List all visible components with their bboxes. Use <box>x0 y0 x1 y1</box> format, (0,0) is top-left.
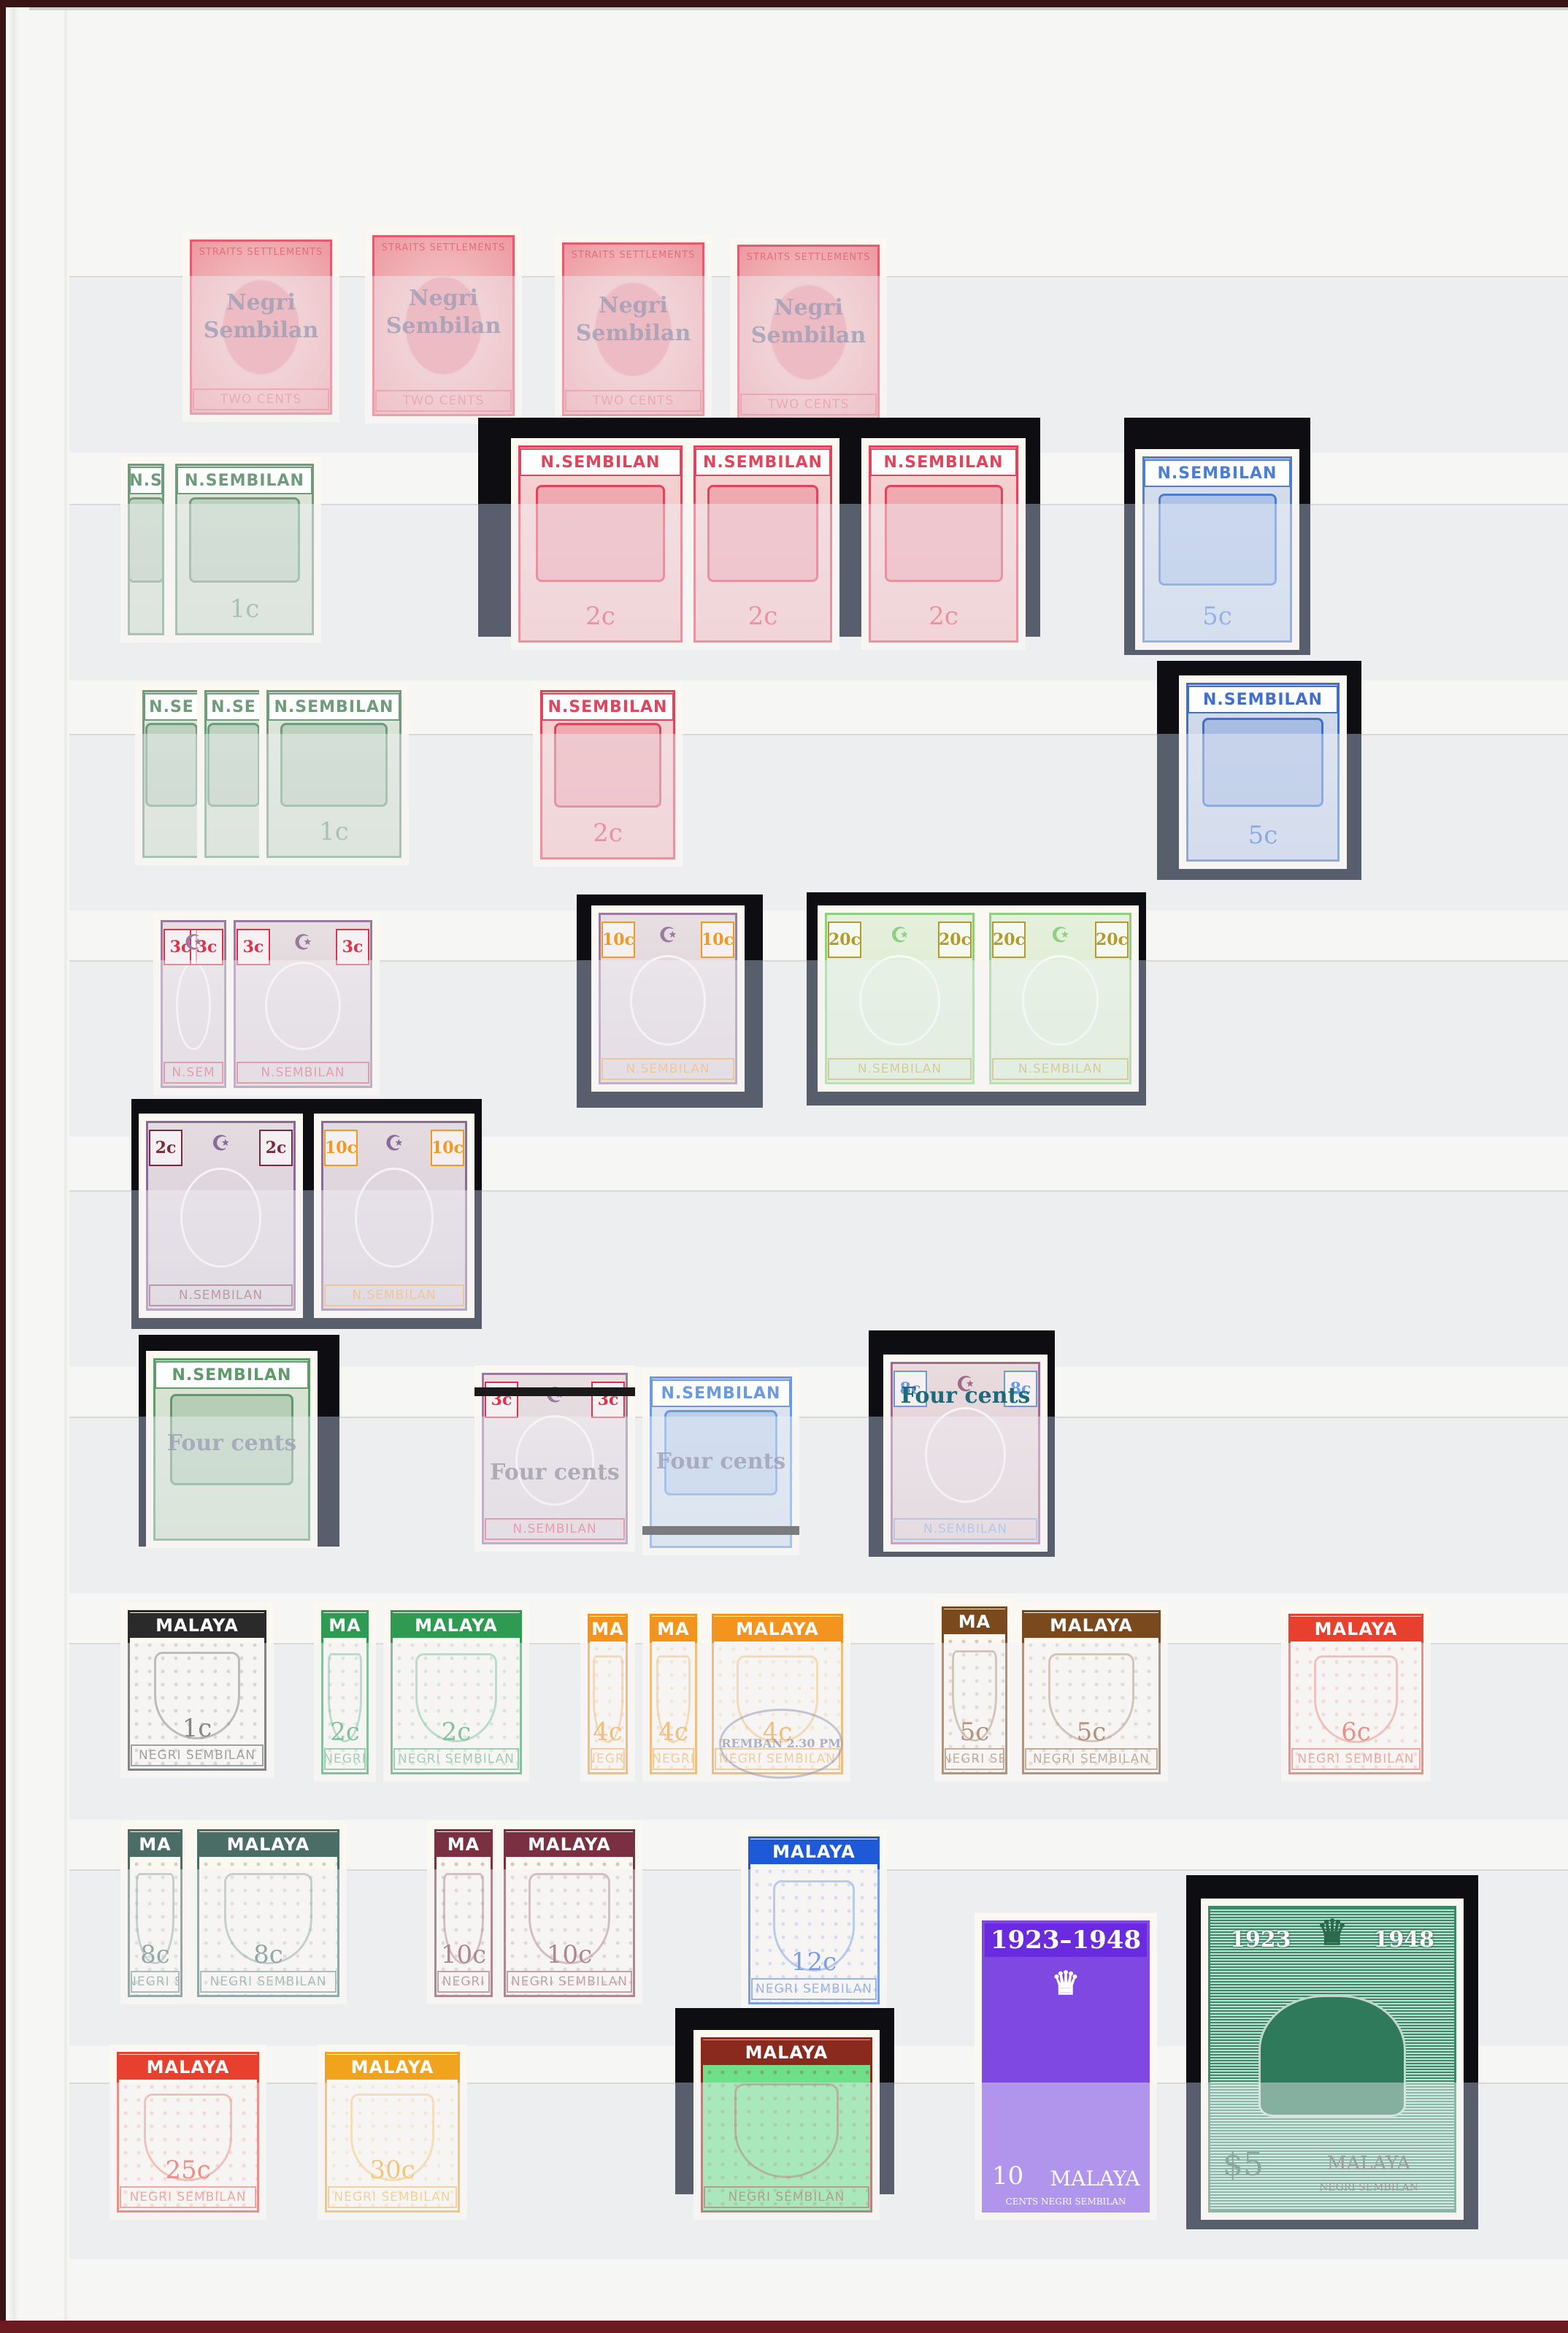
stamp[interactable]: 1923–1948♛10MALAYACENTS NEGRI SEMBILAN <box>975 1913 1157 2220</box>
perforation-edge <box>975 1913 1157 1918</box>
label-panel: MALAYA <box>326 2055 458 2080</box>
label-panel: MA <box>589 1617 626 1641</box>
label-panel: N.SEMBILAN <box>870 448 1017 476</box>
pocket-glassine-overlay <box>642 1417 799 1555</box>
pocket-glassine-overlay <box>109 2083 266 2220</box>
perforation-edge <box>120 456 172 461</box>
pocket-glassine-overlay <box>533 734 683 867</box>
pocket-glassine-overlay <box>314 1643 376 1782</box>
pocket-glassine-overlay <box>314 1190 474 1318</box>
pocket-glassine-overlay <box>168 504 321 643</box>
album-frame-left <box>0 0 6 2333</box>
perforation-edge <box>496 1822 642 1826</box>
label-panel: N.SEMBILAN <box>1188 686 1338 713</box>
pocket-glassine-overlay <box>120 1869 190 2004</box>
label-panel: N.SEMBILAN <box>651 1379 791 1407</box>
perforation-edge <box>533 683 683 687</box>
crescent-star-icon: ☪ <box>226 930 380 955</box>
label-panel: N.SEMBILAN <box>695 448 831 476</box>
label-panel: N.SE <box>206 693 261 721</box>
stamp[interactable]: MALAYA6cNEGRI SEMBILAN <box>1281 1606 1431 1782</box>
stamp[interactable]: MALAYA12cNEGRI SEMBILAN <box>741 1829 887 2012</box>
perforation-edge <box>686 438 839 443</box>
stamp[interactable]: STRAITS SETTLEMENTSNegriSembilanTWO CENT… <box>555 235 712 424</box>
pocket-glassine-overlay <box>1281 1643 1431 1782</box>
pocket-glassine-overlay <box>1135 504 1299 650</box>
crown-icon: ♛ <box>975 1972 1157 1996</box>
perforation-edge <box>642 1369 799 1374</box>
stamp[interactable]: N.SEMBILAN2c <box>511 438 690 650</box>
stamp[interactable]: MA8cNEGRI S <box>120 1822 190 2004</box>
pocket-glassine-overlay <box>686 504 839 650</box>
label-panel: N.S <box>129 467 163 494</box>
stamp[interactable]: MA10cNEGRI <box>427 1822 500 2004</box>
pocket-glassine-overlay <box>153 960 234 1095</box>
pocket-glassine-overlay <box>427 1869 500 2004</box>
pocket-glassine-overlay <box>474 1417 635 1552</box>
pocket-glassine-overlay <box>730 276 887 427</box>
crescent-star-icon: ☪ <box>314 1131 474 1156</box>
pocket-glassine-overlay <box>982 960 1139 1092</box>
stamp[interactable]: 20c20c☪N.SEMBILAN <box>818 905 982 1092</box>
pocket-glassine-overlay <box>1201 2083 1464 2220</box>
pocket-glassine-overlay <box>693 2083 880 2220</box>
perforation-edge <box>190 1822 347 1826</box>
pocket-glassine-overlay <box>580 1643 635 1782</box>
page-top-edge <box>29 7 1568 10</box>
perforation-edge <box>120 1603 274 1607</box>
stamp[interactable]: N.S <box>120 456 172 643</box>
perforation-edge <box>139 1114 303 1118</box>
perforation-edge <box>120 1822 190 1826</box>
perforation-edge <box>555 235 712 240</box>
perforation-edge <box>427 1822 500 1826</box>
label-panel: N.SEMBILAN <box>155 1361 309 1389</box>
stamp[interactable]: N.SEMBILAN5c <box>1135 449 1299 650</box>
pocket-glassine-overlay <box>818 960 982 1092</box>
stamp[interactable]: MA5cNEGRI SE <box>934 1599 1015 1782</box>
page-hinge <box>7 7 20 2321</box>
perforation-edge <box>693 2030 880 2034</box>
pocket-glassine-overlay <box>741 1869 887 2012</box>
pocket-glassine-overlay <box>883 1417 1048 1552</box>
stamp[interactable]: 2c2c☪N.SEMBILAN <box>139 1114 303 1318</box>
crescent-star-icon: ☪ <box>153 930 234 955</box>
perforation-edge <box>1135 449 1299 453</box>
perforation-edge <box>153 913 234 917</box>
label-panel: N.SEMBILAN <box>1144 459 1291 487</box>
label-panel: MALAYA <box>1023 1613 1159 1638</box>
stamp[interactable]: 3c3c☪N.SEMBILANFour cents <box>474 1365 635 1552</box>
crescent-star-icon: ☪ <box>982 923 1139 948</box>
label-panel: MALAYA <box>702 2040 871 2065</box>
album-frame-top <box>0 0 1568 7</box>
stamp[interactable]: 3c3c☪N.SEM <box>153 913 234 1095</box>
album-frame-bottom <box>0 2321 1568 2333</box>
stamp[interactable]: MALAYA8cNEGRI SEMBILAN <box>190 1822 347 2004</box>
label-panel: MA <box>129 1832 181 1857</box>
perforation-edge <box>1179 675 1347 680</box>
pocket-glassine-overlay <box>496 1869 642 2004</box>
perforation-edge <box>730 237 887 242</box>
perforation-edge <box>314 1114 474 1118</box>
perforation-edge <box>474 1365 635 1370</box>
pocket-glassine-overlay <box>120 504 172 643</box>
label-panel: MALAYA <box>713 1617 842 1641</box>
stamp[interactable]: MALAYA10cNEGRI SEMBILAN <box>496 1822 642 2004</box>
pocket-glassine-overlay <box>861 504 1026 650</box>
stamp[interactable]: 19231948♛$5MALAYANEGRI SEMBILAN <box>1201 1899 1464 2220</box>
perforation-edge <box>383 1603 529 1607</box>
label-panel: MALAYA <box>129 1613 265 1638</box>
stamp[interactable]: MALAYA2cNEGRI SEMBILAN <box>383 1603 529 1782</box>
top-inscription: STRAITS SETTLEMENTS <box>375 238 512 257</box>
stamp[interactable]: 20c20c☪N.SEMBILAN <box>982 905 1139 1092</box>
label-panel: MALAYA <box>392 1613 520 1638</box>
label-panel: N.SEMBILAN <box>268 693 400 721</box>
perforation-edge <box>259 683 409 687</box>
stamp[interactable]: N.SEMBILAN2c <box>533 683 683 867</box>
perforation-edge <box>934 1599 1015 1604</box>
perforation-edge <box>580 1606 635 1611</box>
perforation-edge <box>704 1606 850 1611</box>
stamp[interactable]: N.SEMBILANFour cents <box>642 1369 799 1555</box>
perforation-edge <box>511 438 690 443</box>
stamp[interactable]: MALAYA5cNEGRI SEMBILAN <box>1015 1603 1168 1782</box>
stamp[interactable]: MALAYA4cNEGRI SEMBILANREMBAN 2.30 PM <box>704 1606 850 1782</box>
perforation-edge <box>1015 1603 1168 1607</box>
stamp[interactable]: N.SEMBILANFour cents <box>146 1351 318 1548</box>
pocket-glassine-overlay <box>365 276 522 424</box>
label-panel: MA <box>651 1617 696 1641</box>
stamp[interactable]: MALAYA25cNEGRI SEMBILAN <box>109 2045 266 2220</box>
pocket-glassine-overlay <box>383 1643 529 1782</box>
crescent-star-icon: ☪ <box>591 923 745 948</box>
label-panel: N.SEMBILAN <box>177 467 312 494</box>
top-inscription: STRAITS SETTLEMENTS <box>740 248 877 267</box>
perforation-edge <box>365 228 522 232</box>
stamp[interactable]: STRAITS SETTLEMENTSNegriSembilanTWO CENT… <box>182 232 339 422</box>
pocket-glassine-overlay <box>190 1869 347 2004</box>
perforation-edge <box>642 1606 704 1611</box>
pocket-glassine-overlay <box>555 276 712 424</box>
perforation-edge <box>314 1603 376 1607</box>
pocket-glassine-overlay <box>146 1417 318 1548</box>
stamp[interactable]: N.SEMBILAN2c <box>861 438 1026 650</box>
obliterating-bar <box>474 1387 635 1396</box>
page-margin-line <box>64 7 67 2321</box>
pocket-glassine-overlay <box>975 2083 1157 2220</box>
surcharge-text: Four cents <box>883 1384 1048 1409</box>
label-panel: MA <box>943 1609 1006 1634</box>
pocket-glassine-overlay <box>1179 734 1347 869</box>
perforation-edge <box>1201 1899 1464 1903</box>
label-panel: N.SEMBILAN <box>542 693 674 721</box>
perforation-edge <box>883 1355 1048 1359</box>
pocket-glassine-overlay <box>591 960 745 1092</box>
pocket-glassine-overlay <box>139 1190 303 1318</box>
pocket-glassine-overlay <box>120 1643 274 1778</box>
perforation-edge <box>741 1829 887 1834</box>
stamp[interactable]: STRAITS SETTLEMENTSNegriSembilanTWO CENT… <box>365 228 522 424</box>
stamp[interactable]: 10c10c☪N.SEMBILAN <box>591 905 745 1092</box>
stamp[interactable]: MALAYA1cNEGRI SEMBILAN <box>120 1603 274 1778</box>
perforation-edge <box>591 905 745 910</box>
pocket-glassine-overlay <box>226 960 380 1095</box>
label-panel: MALAYA <box>750 1839 878 1864</box>
crescent-star-icon: ☪ <box>139 1131 303 1156</box>
pocket-glassine-overlay <box>1015 1643 1168 1782</box>
perforation-edge <box>168 456 321 461</box>
perforation-edge <box>982 905 1139 910</box>
label-panel: MALAYA <box>505 1832 634 1857</box>
pocket-glassine-overlay <box>511 504 690 650</box>
pocket-glassine-overlay <box>259 734 409 865</box>
stamp[interactable]: STRAITS SETTLEMENTSNegriSembilanTWO CENT… <box>730 237 887 427</box>
pocket-glassine-overlay <box>934 1643 1015 1782</box>
stamp[interactable]: N.SEMBILAN1c <box>259 683 409 865</box>
year-banner: 1923–1948 <box>985 1923 1147 1957</box>
stamp[interactable]: N.SEMBILAN2c <box>686 438 839 650</box>
stamp[interactable]: MALAYANEGRI SEMBILAN <box>693 2030 880 2220</box>
stamp[interactable]: 3c3c☪N.SEMBILAN <box>226 913 380 1095</box>
label-panel: MA <box>323 1613 367 1638</box>
pocket-glassine-overlay <box>642 1643 704 1782</box>
stamp[interactable]: N.SEMBILAN1c <box>168 456 321 643</box>
label-panel: MALAYA <box>118 2055 258 2080</box>
label-panel: N.SE <box>144 693 199 721</box>
stamp[interactable]: N.SEMBILAN5c <box>1179 675 1347 869</box>
stamp[interactable]: MA2cNEGRI <box>314 1603 376 1782</box>
stamp[interactable]: 8c8c☪N.SEMBILANFour cents <box>883 1355 1048 1552</box>
perforation-edge <box>861 438 1026 443</box>
label-panel: MA <box>436 1832 491 1857</box>
label-panel: MALAYA <box>1290 1617 1422 1641</box>
perforation-edge <box>146 1351 318 1355</box>
perforation-edge <box>1281 1606 1431 1611</box>
top-inscription: STRAITS SETTLEMENTS <box>193 242 329 261</box>
stamp[interactable]: MALAYA30cNEGRI SEMBILAN <box>318 2045 467 2220</box>
label-panel: MALAYA <box>199 1832 338 1857</box>
pocket-glassine-overlay <box>182 276 339 422</box>
top-inscription: STRAITS SETTLEMENTS <box>565 245 702 264</box>
stamp[interactable]: 10c10c☪N.SEMBILAN <box>314 1114 474 1318</box>
perforation-edge <box>109 2045 266 2049</box>
label-panel: N.SEMBILAN <box>520 448 681 476</box>
pocket-glassine-overlay <box>704 1643 850 1782</box>
perforation-edge <box>318 2045 467 2049</box>
pocket-glassine-overlay <box>318 2083 467 2220</box>
perforation-edge <box>818 905 982 910</box>
perforation-edge <box>226 913 380 917</box>
perforation-edge <box>182 232 339 237</box>
stamp[interactable]: MA4cNEGRI <box>580 1606 635 1782</box>
crown-icon: ♛ <box>1201 1920 1464 1945</box>
crescent-star-icon: ☪ <box>818 923 982 948</box>
stamp[interactable]: MA4cNEGRI <box>642 1606 704 1782</box>
